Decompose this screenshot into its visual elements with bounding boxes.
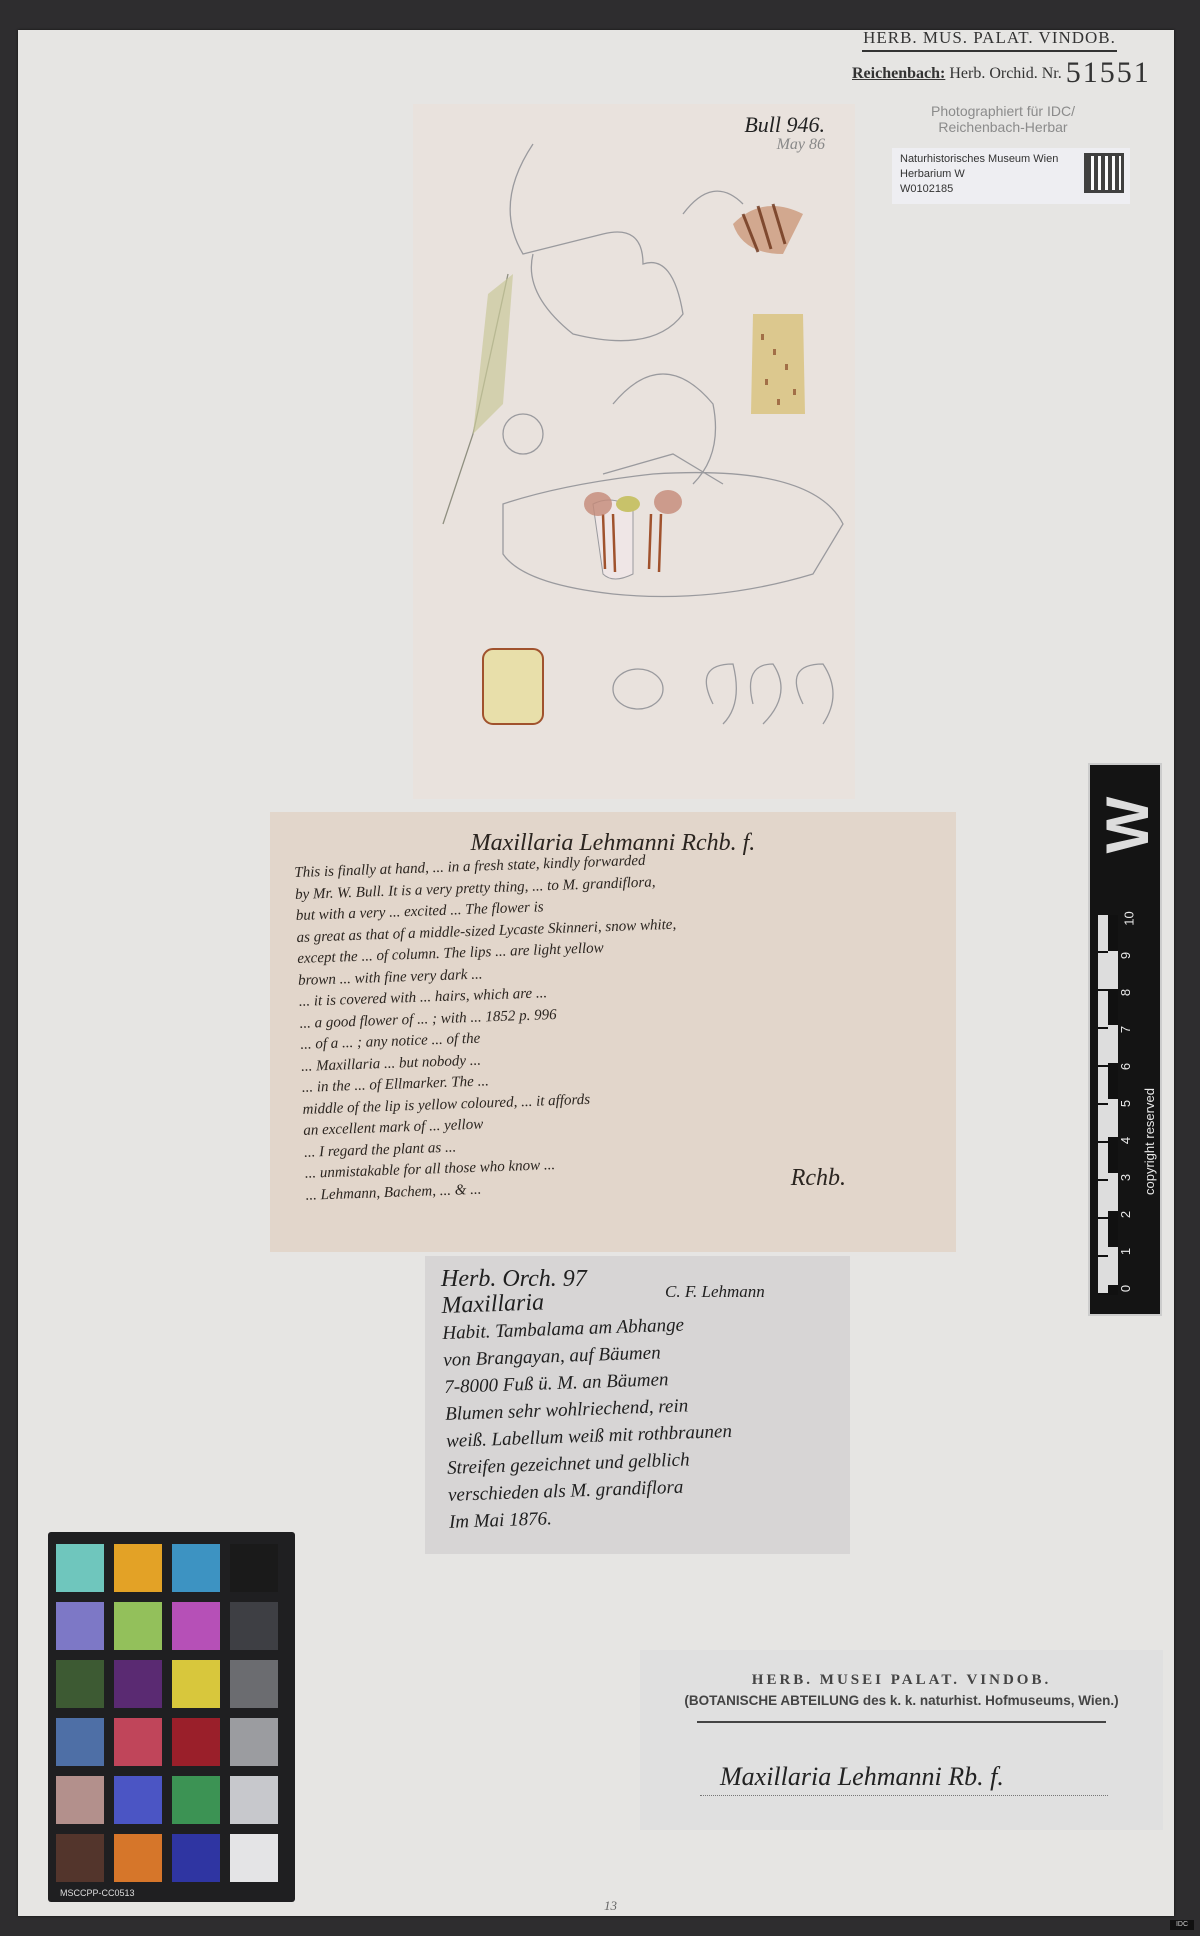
color-swatch [230,1602,278,1650]
color-swatch [230,1718,278,1766]
dotted-line [700,1795,1108,1796]
barcode-label: Naturhistorisches Museum Wien Herbarium … [892,148,1130,204]
photo-stamp-line1: Photographiert für IDC/ [918,103,1088,119]
collector-label-body: Maxillaria Habit. Tambalama am Abhange v… [441,1279,842,1536]
color-swatch [230,1776,278,1824]
color-checker-code: MSCCPP-CC0513 [60,1888,135,1898]
corner-badge: IDC [1170,1920,1194,1930]
divider [697,1721,1106,1723]
tick-label: 9 [1118,952,1133,959]
color-swatch [114,1660,162,1708]
tick-label: 10 [1122,911,1137,925]
color-swatch [56,1834,104,1882]
drawing-reference: Bull 946. [744,112,825,138]
tick-label: 0 [1118,1285,1133,1292]
orchid-drawing: Bull 946. May 86 [413,104,855,799]
tick-label: 6 [1118,1063,1133,1070]
scale-bar-ruler [1098,915,1108,1295]
header-text: Herb. Orchid. Nr. [949,65,1061,82]
letter-signature: Rchb. [791,1165,846,1192]
scale-bar: W 10 9 8 7 6 5 4 3 2 1 0 copyright reser… [1088,763,1162,1316]
header-prefix: Reichenbach: [852,65,945,82]
tick-label: 5 [1118,1100,1133,1107]
herbarium-header-label: HERB. MUS. PALAT. VINDOB. Reichenbach: H… [852,28,1152,90]
color-swatch [230,1834,278,1882]
collector-label: Herb. Orch. 97 C. F. Lehmann Maxillaria … [425,1256,850,1554]
orchid-sketch-icon [413,104,855,799]
tick-label: 1 [1118,1248,1133,1255]
color-swatch [56,1544,104,1592]
color-swatch [230,1544,278,1592]
determination-name: Maxillaria Lehmanni Rb. f. [720,1762,1004,1792]
determination-label: HERB. MUSEI PALAT. VINDOB. (BOTANISCHE A… [640,1650,1163,1830]
color-swatch [114,1776,162,1824]
color-swatch [172,1834,220,1882]
scale-bar-ruler-alt [1108,915,1118,1295]
tick-label: 7 [1118,1026,1133,1033]
determination-subheading: (BOTANISCHE ABTEILUNG des k. k. naturhis… [640,1693,1163,1708]
color-swatch [114,1834,162,1882]
color-checker: MSCCPP-CC0513 [48,1532,295,1902]
scale-ticks: 10 9 8 7 6 5 4 3 2 1 0 [1122,911,1136,1291]
tick-label: 8 [1118,989,1133,996]
color-swatch [172,1718,220,1766]
drawing-pencil-note: May 86 [777,136,825,154]
photo-stamp-line2: Reichenbach-Herbar [918,119,1088,135]
color-swatch [114,1718,162,1766]
header-institution: HERB. MUS. PALAT. VINDOB. [862,28,1117,52]
qr-code-icon [1084,153,1124,193]
tick-label: 4 [1118,1137,1133,1144]
color-swatch [172,1602,220,1650]
color-swatch [56,1660,104,1708]
header-catalog-line: Reichenbach: Herb. Orchid. Nr. 51551 [852,56,1152,90]
color-swatch [172,1776,220,1824]
w-logo-icon: W [1083,795,1173,855]
color-swatch [114,1544,162,1592]
color-swatch [114,1602,162,1650]
color-swatch-grid [56,1544,278,1882]
photo-stamp: Photographiert für IDC/ Reichenbach-Herb… [918,103,1088,135]
color-swatch [56,1718,104,1766]
color-swatch [172,1660,220,1708]
catalog-number: 51551 [1066,56,1151,89]
determination-heading: HERB. MUSEI PALAT. VINDOB. [640,1672,1163,1689]
tick-label: 2 [1118,1211,1133,1218]
color-swatch [56,1776,104,1824]
letter-body: This is finally at hand, ... in a fresh … [294,841,944,1207]
copyright-text: copyright reserved [1142,1015,1157,1195]
handwritten-letter: Maxillaria Lehmanni Rchb. f. This is fin… [270,812,956,1252]
color-swatch [172,1544,220,1592]
tick-label: 3 [1118,1174,1133,1181]
color-swatch [230,1660,278,1708]
color-swatch [56,1602,104,1650]
page-number: 13 [604,1898,617,1914]
